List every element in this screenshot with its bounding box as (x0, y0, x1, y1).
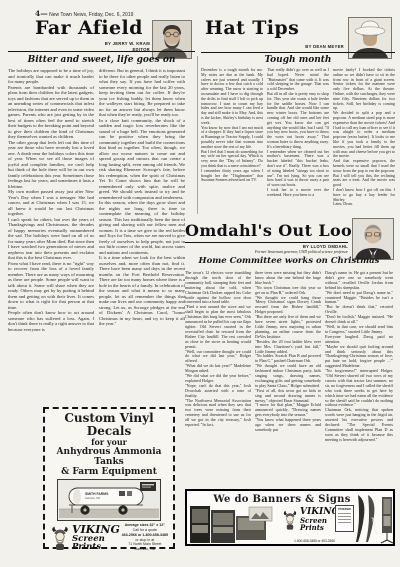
vinyl-ad-contact: Average sizes 32" x 12" Call for a quote… (122, 523, 168, 552)
omdahl-byline-credit: Former lieutenant governor, UND politica… (185, 250, 348, 255)
omdahl-section-title: Omdahl's Out Look (185, 221, 364, 240)
omdahl-byline: BY LLOYD OMDAHL Former lieutenant govern… (185, 244, 348, 255)
viking-screen-prints-logo: VIKING Screen Prints (50, 524, 120, 552)
poster-line (338, 516, 351, 518)
poster-label: POSTER (336, 507, 353, 511)
far-afield-section-title: Far Afield (35, 17, 143, 39)
editor-kram-portrait-icon (153, 21, 191, 58)
newspaper-page: 4— New Town News, Friday, Dec. 6, 2019 F… (0, 0, 400, 567)
viking-brand-line1: VIKING (72, 524, 120, 535)
section-divider (197, 56, 198, 214)
hat-tips-column-3: movie lately? I booked the tickets onlin… (333, 68, 395, 218)
poster-sign: POSTER (335, 505, 354, 532)
hat-tips-column-2: That really didn't go over as well as I … (267, 68, 329, 218)
tank-decal-name: SMITH FARMS (85, 492, 109, 496)
far-afield-rule (8, 51, 195, 52)
vinyl-ad-line4: & Farm Equipment (49, 467, 169, 477)
poster-line (338, 522, 351, 524)
banners-signs-ad: We do Banners & Signs VIKING Screen Prin… (185, 489, 395, 546)
vinyl-decals-ad: Custom Vinyl Decals for your Anhydrous A… (43, 407, 175, 549)
vinyl-ad-headline: Custom Vinyl Decals (49, 412, 169, 438)
omdahl-column-1: The town's 12 electors were stumbling th… (185, 271, 251, 479)
viking-brand-line3: Prints (72, 543, 120, 552)
far-afield-column-1: The holidays are supposed to be a time o… (8, 68, 94, 404)
viking-mascot-icon (282, 509, 298, 531)
viking-mascot-icon (50, 525, 70, 551)
banner-stand-icon (379, 495, 395, 545)
omdahl-rule (185, 242, 348, 243)
columnist-omdahl-photo (352, 218, 394, 260)
ammonia-tank-photo: SMITH FARMS Garrison, ND (57, 479, 161, 521)
feather-flags-icon: JOB FAIR (353, 493, 379, 545)
editor-kram-photo (152, 20, 192, 59)
omdahl-column-2: three trees were missing but they didn't… (255, 271, 321, 479)
omdahl-column-3: Dawg's name in. He got a present but he … (325, 271, 393, 479)
poster-line (338, 519, 351, 521)
banners-viking-logo: VIKING Screen Prints (282, 508, 339, 531)
columnist-omdahl-portrait-icon (353, 219, 393, 259)
far-afield-column-2: different. But in general, I think it is… (99, 68, 185, 404)
tank-decal-town: Garrison, ND (85, 496, 100, 500)
banner-samples-collage (189, 504, 274, 544)
poster-line (338, 513, 351, 515)
vinyl-ad-address2: Garrison, ND (122, 547, 168, 552)
hat-tips-byline-name: BY DEAN MEYER (202, 44, 344, 50)
hat-tips-section-title: Hat Tips (205, 17, 299, 39)
omdahl-article-title: Home Committee works on Christmas (185, 256, 393, 266)
hat-tips-rule (201, 52, 395, 53)
ammonia-tank-image: SMITH FARMS Garrison, ND (59, 480, 159, 518)
vinyl-ad-phone: 463-2566 or 1-800-658-3485 (122, 533, 168, 538)
hat-tips-column-1: December is a tough month for me. My not… (201, 68, 263, 218)
banners-ad-headline: We do Banners & Signs (207, 494, 357, 505)
far-afield-article-title: Bitter and sweet, life goes on (8, 55, 195, 65)
hat-tips-article-title: Tough month (201, 55, 395, 65)
vinyl-ad-line3: Anhydrous Ammonia Tanks (49, 447, 169, 467)
hat-tips-byline: BY DEAN MEYER (202, 44, 344, 50)
vinyl-ad-subline: for your (49, 438, 169, 447)
banners-brand-line3: Prints (300, 524, 339, 531)
banners-ad-phone: 1-800-658-3485 or 463-2566 (282, 539, 347, 543)
